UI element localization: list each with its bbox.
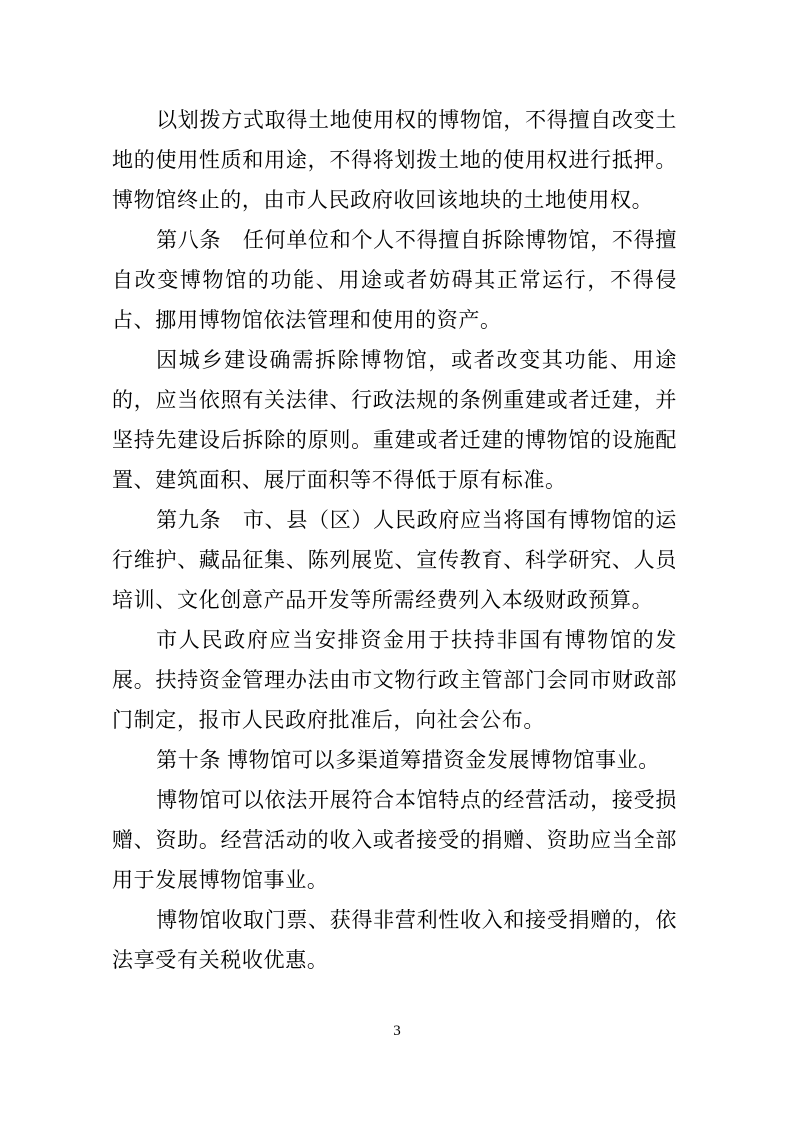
document-page: 以划拨方式取得土地使用权的博物馆，不得擅自改变土地的使用性质和用途，不得将划拨土… bbox=[0, 0, 794, 1123]
paragraph-article-10-tax: 博物馆收取门票、获得非营利性收入和接受捐赠的，依法享受有关税收优惠。 bbox=[112, 900, 677, 980]
paragraph-article-10-operations: 博物馆可以依法开展符合本馆特点的经营活动，接受损赠、资助。经营活动的收入或者接受… bbox=[112, 780, 677, 900]
paragraph-article-8-demolition: 因城乡建设确需拆除博物馆，或者改变其功能、用途的，应当依照有关法律、行政法规的条… bbox=[112, 340, 677, 500]
paragraph-article-10: 第十条 博物馆可以多渠道筹措资金发展博物馆事业。 bbox=[112, 740, 677, 780]
page-number: 3 bbox=[393, 1023, 401, 1039]
paragraph-article-9: 第九条 市、县（区）人民政府应当将国有博物馆的运行维护、藏品征集、陈列展览、宣传… bbox=[112, 500, 677, 620]
document-body: 以划拨方式取得土地使用权的博物馆，不得擅自改变土地的使用性质和用途，不得将划拨土… bbox=[112, 100, 677, 980]
paragraph-land-use: 以划拨方式取得土地使用权的博物馆，不得擅自改变土地的使用性质和用途，不得将划拨土… bbox=[112, 100, 677, 220]
paragraph-article-9-funding: 市人民政府应当安排资金用于扶持非国有博物馆的发展。扶持资金管理办法由市文物行政主… bbox=[112, 620, 677, 740]
paragraph-article-8: 第八条 任何单位和个人不得擅自拆除博物馆，不得擅自改变博物馆的功能、用途或者妨碍… bbox=[112, 220, 677, 340]
page-footer: 3 bbox=[0, 1021, 794, 1041]
